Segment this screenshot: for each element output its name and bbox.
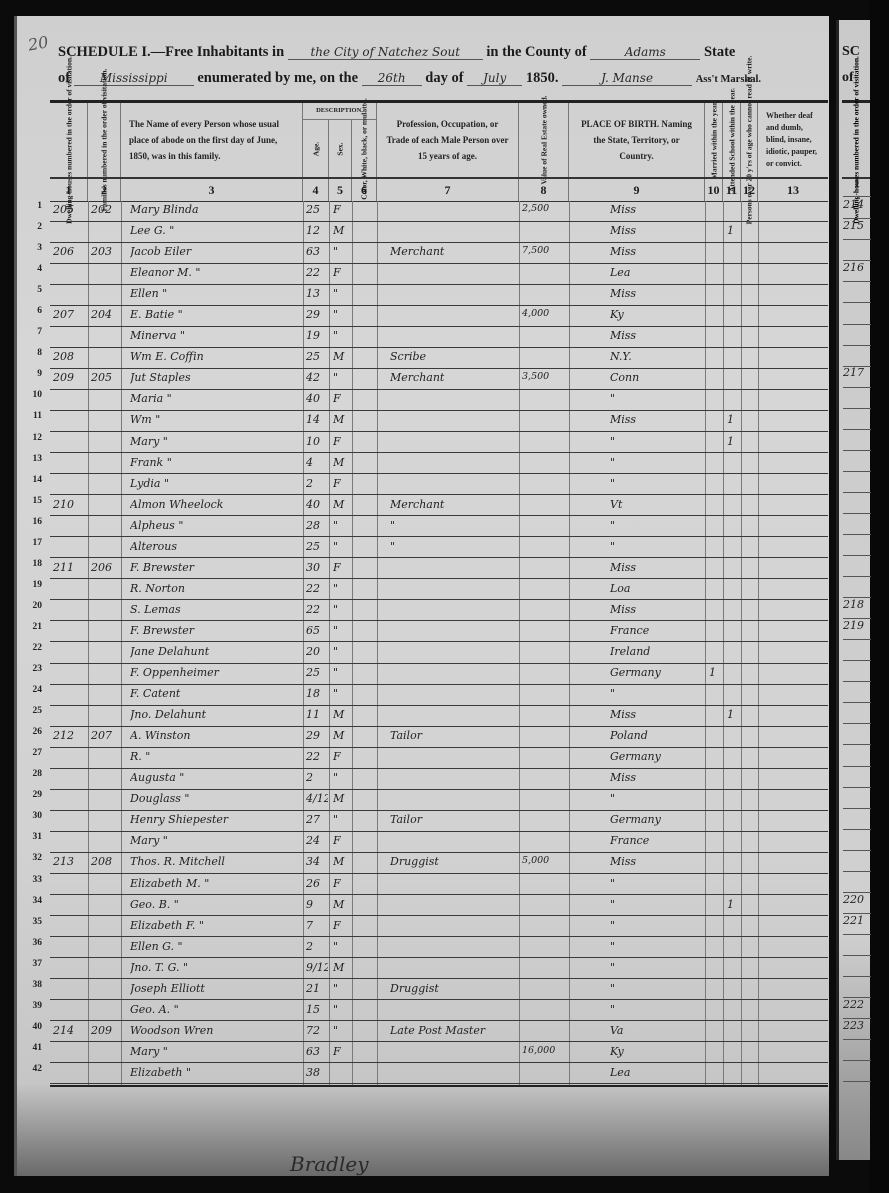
condition: [762, 898, 826, 916]
sex: ": [333, 519, 351, 537]
school-mark: [727, 582, 740, 600]
occupation: [390, 603, 518, 621]
real-estate-value: [522, 645, 568, 663]
family-number: [91, 1003, 120, 1021]
dwelling-number: [53, 413, 87, 431]
occupation: [390, 645, 518, 663]
color: [355, 203, 375, 221]
married-mark: [709, 898, 722, 916]
birthplace: Miss: [610, 329, 704, 347]
col-header-sex: Sex.: [329, 120, 352, 177]
color: [355, 877, 375, 895]
sex: ": [333, 540, 351, 558]
color: [355, 540, 375, 558]
adjacent-dwelling-number: [843, 640, 871, 661]
school-mark: [727, 392, 740, 410]
sex: M: [333, 855, 351, 873]
condition: [762, 519, 826, 537]
school-mark: [727, 603, 740, 621]
sex: M: [333, 224, 351, 242]
school-mark: [727, 855, 740, 873]
line-number: 2: [16, 222, 42, 232]
illiterate-mark: [744, 687, 757, 705]
family-number: 204: [91, 308, 120, 326]
occupation: [390, 477, 518, 495]
dwelling-number: 212: [53, 729, 87, 747]
person-name: Woodson Wren: [130, 1024, 300, 1042]
condition: [762, 603, 826, 621]
married-mark: [709, 940, 722, 958]
dwelling-number: [53, 540, 87, 558]
col-num-10: 10: [705, 179, 723, 201]
family-number: [91, 456, 120, 474]
occupation: ": [390, 519, 518, 537]
person-name: Lydia ": [130, 477, 300, 495]
person-name: Elizabeth ": [130, 1066, 300, 1084]
condition: [762, 771, 826, 789]
age: 12: [306, 224, 328, 242]
birthplace: ": [610, 519, 704, 537]
real-estate-value: [522, 498, 568, 516]
table-row: 24 F. Catent 18 " ": [50, 685, 828, 706]
real-estate-value: 2,500: [522, 203, 568, 221]
color: [355, 1066, 375, 1084]
school-mark: [727, 1003, 740, 1021]
family-number: [91, 877, 120, 895]
adjacent-dwelling-number: [843, 535, 871, 556]
col-header-birthplace: PLACE OF BIRTH. Naming the State, Territ…: [569, 103, 705, 177]
enumerated-label: enumerated by me, on the: [197, 70, 358, 86]
married-mark: [709, 519, 722, 537]
col-num-6: 6: [352, 179, 377, 201]
illiterate-mark: [744, 519, 757, 537]
school-mark: [727, 329, 740, 347]
school-mark: [727, 287, 740, 305]
condition: [762, 666, 826, 684]
illiterate-mark: [744, 540, 757, 558]
color: [355, 561, 375, 579]
age: 22: [306, 582, 328, 600]
person-name: Douglass ": [130, 792, 300, 810]
married-mark: [709, 245, 722, 263]
line-number: 35: [16, 917, 42, 927]
illiterate-mark: [744, 961, 757, 979]
condition: [762, 413, 826, 431]
table-row: 25 Jno. Delahunt 11 M Miss 1: [50, 706, 828, 727]
color: [355, 645, 375, 663]
color: [355, 435, 375, 453]
condition: [762, 308, 826, 326]
married-mark: [709, 792, 722, 810]
table-row: 39 Geo. A. " 15 " ": [50, 1001, 828, 1022]
adjacent-dwelling-number: [843, 766, 871, 787]
family-number: [91, 687, 120, 705]
illiterate-mark: [744, 498, 757, 516]
birthplace: ": [610, 540, 704, 558]
birthplace: ": [610, 877, 704, 895]
age: 22: [306, 603, 328, 621]
line-number: 5: [16, 285, 42, 295]
col-num-3: 3: [121, 179, 303, 201]
adjacent-dwelling-number: 223: [843, 1019, 871, 1040]
table-body: 1 205 202 Mary Blinda 25 F 2,500 Miss 2 …: [50, 201, 828, 1085]
married-mark: [709, 624, 722, 642]
line-number: 4: [16, 264, 42, 274]
dwelling-number: [53, 477, 87, 495]
family-number: [91, 519, 120, 537]
sex: M: [333, 413, 351, 431]
school-mark: [727, 771, 740, 789]
sex: M: [333, 456, 351, 474]
married-mark: 1: [709, 666, 722, 684]
illiterate-mark: [744, 603, 757, 621]
birthplace: Germany: [610, 813, 704, 831]
condition: [762, 982, 826, 1000]
person-name: Ellen G. ": [130, 940, 300, 958]
birthplace: ": [610, 792, 704, 810]
dwelling-number: [53, 687, 87, 705]
sex: F: [333, 834, 351, 852]
dwelling-number: [53, 919, 87, 937]
table-row: 35 Elizabeth F. " 7 F ": [50, 917, 828, 938]
condition: [762, 287, 826, 305]
real-estate-value: [522, 877, 568, 895]
table-row: 32 213 208 Thos. R. Mitchell 34 M Druggi…: [50, 853, 828, 874]
family-number: [91, 329, 120, 347]
family-number: [91, 435, 120, 453]
person-name: Elizabeth M. ": [130, 877, 300, 895]
color: [355, 750, 375, 768]
occupation: [390, 1066, 518, 1084]
person-name: F. Oppenheimer: [130, 666, 300, 684]
sex: F: [333, 750, 351, 768]
illiterate-mark: [744, 1045, 757, 1063]
school-mark: 1: [727, 435, 740, 453]
person-name: Frank ": [130, 456, 300, 474]
color: [355, 729, 375, 747]
occupation: Tailor: [390, 813, 518, 831]
person-name: A. Winston: [130, 729, 300, 747]
age: 22: [306, 750, 328, 768]
dwelling-number: 208: [53, 350, 87, 368]
married-mark: [709, 392, 722, 410]
illiterate-mark: [744, 877, 757, 895]
family-number: [91, 750, 120, 768]
illiterate-mark: [744, 750, 757, 768]
family-number: [91, 582, 120, 600]
age: 29: [306, 729, 328, 747]
line-number: 10: [16, 390, 42, 400]
line-number: 31: [16, 832, 42, 842]
age: 25: [306, 540, 328, 558]
color: [355, 329, 375, 347]
condition: [762, 203, 826, 221]
dwelling-number: [53, 708, 87, 726]
table-row: 21 F. Brewster 65 " France: [50, 622, 828, 643]
school-mark: 1: [727, 413, 740, 431]
occupation: [390, 1045, 518, 1063]
married-mark: [709, 435, 722, 453]
birthplace: Germany: [610, 666, 704, 684]
school-mark: [727, 877, 740, 895]
table-row: 20 S. Lemas 22 " Miss: [50, 601, 828, 622]
married-mark: [709, 498, 722, 516]
dwelling-number: 206: [53, 245, 87, 263]
condition: [762, 350, 826, 368]
adjacent-dwelling-number: 216: [843, 261, 871, 282]
illiterate-mark: [744, 1003, 757, 1021]
real-estate-value: [522, 834, 568, 852]
occupation: [390, 708, 518, 726]
age: 11: [306, 708, 328, 726]
married-mark: [709, 1024, 722, 1042]
real-estate-value: 3,500: [522, 371, 568, 389]
adjacent-dwelling-number: [843, 682, 871, 703]
dwelling-number: [53, 877, 87, 895]
age: 28: [306, 519, 328, 537]
person-name: Almon Wheelock: [130, 498, 300, 516]
occupation: [390, 392, 518, 410]
married-mark: [709, 603, 722, 621]
occupation: Scribe: [390, 350, 518, 368]
color: [355, 1003, 375, 1021]
illiterate-mark: [744, 792, 757, 810]
condition: [762, 708, 826, 726]
birthplace: Loa: [610, 582, 704, 600]
person-name: E. Batie ": [130, 308, 300, 326]
condition: [762, 729, 826, 747]
person-name: R. ": [130, 750, 300, 768]
occupation: Merchant: [390, 371, 518, 389]
illiterate-mark: [744, 729, 757, 747]
family-number: [91, 540, 120, 558]
married-mark: [709, 813, 722, 831]
col-num-9: 9: [569, 179, 705, 201]
condition: [762, 792, 826, 810]
age: 25: [306, 350, 328, 368]
school-mark: [727, 540, 740, 558]
color: [355, 245, 375, 263]
school-mark: [727, 350, 740, 368]
person-name: Jut Staples: [130, 371, 300, 389]
table-row: 40 214 209 Woodson Wren 72 " Late Post M…: [50, 1022, 828, 1043]
person-name: Mary ": [130, 435, 300, 453]
condition: [762, 477, 826, 495]
school-mark: [727, 561, 740, 579]
person-name: F. Catent: [130, 687, 300, 705]
sex: ": [333, 287, 351, 305]
person-name: Wm ": [130, 413, 300, 431]
married-mark: [709, 961, 722, 979]
family-number: [91, 1045, 120, 1063]
table-row: 31 Mary " 24 F France: [50, 832, 828, 853]
table-row: 26 212 207 A. Winston 29 M Tailor Poland: [50, 727, 828, 748]
family-number: [91, 498, 120, 516]
married-mark: [709, 413, 722, 431]
adjacent-dwelling-number: [843, 872, 871, 893]
family-number: [91, 413, 120, 431]
real-estate-value: [522, 392, 568, 410]
color: [355, 413, 375, 431]
occupation: ": [390, 540, 518, 558]
illiterate-mark: [744, 582, 757, 600]
age: 38: [306, 1066, 328, 1084]
sex: ": [333, 582, 351, 600]
sex: F: [333, 266, 351, 284]
birthplace: N.Y.: [610, 350, 704, 368]
adjacent-column-number: 1: [843, 176, 871, 197]
real-estate-value: [522, 624, 568, 642]
school-mark: [727, 792, 740, 810]
family-number: 203: [91, 245, 120, 263]
real-estate-value: [522, 561, 568, 579]
sex: ": [333, 371, 351, 389]
occupation: Merchant: [390, 498, 518, 516]
real-estate-value: [522, 919, 568, 937]
occupation: [390, 582, 518, 600]
color: [355, 687, 375, 705]
person-name: Alterous: [130, 540, 300, 558]
dwelling-number: [53, 624, 87, 642]
line-number: 39: [16, 1001, 42, 1011]
adjacent-dwelling-number: [843, 661, 871, 682]
col-header-married: Married within the year.: [705, 103, 723, 177]
occupation: [390, 961, 518, 979]
line-number: 36: [16, 938, 42, 948]
illiterate-mark: [744, 456, 757, 474]
family-number: [91, 287, 120, 305]
school-mark: [727, 308, 740, 326]
col-num-8: 8: [519, 179, 569, 201]
real-estate-value: [522, 519, 568, 537]
table-row: 6 207 204 E. Batie " 29 " 4,000 Ky: [50, 306, 828, 327]
occupation: [390, 792, 518, 810]
family-number: [91, 645, 120, 663]
occupation: [390, 329, 518, 347]
dwelling-number: 213: [53, 855, 87, 873]
dwelling-number: [53, 435, 87, 453]
condition: [762, 392, 826, 410]
birthplace: ": [610, 392, 704, 410]
person-name: Jane Delahunt: [130, 645, 300, 663]
married-mark: [709, 708, 722, 726]
dwelling-number: [53, 771, 87, 789]
adjacent-dwelling-number: 218: [843, 598, 871, 619]
age: 14: [306, 413, 328, 431]
occupation: [390, 413, 518, 431]
person-name: Geo. B. ": [130, 898, 300, 916]
occupation: [390, 940, 518, 958]
adjacent-dwelling-number: 220: [843, 893, 871, 914]
sex: M: [333, 729, 351, 747]
occupation: [390, 687, 518, 705]
illiterate-mark: [744, 708, 757, 726]
table-row: 33 Elizabeth M. " 26 F ": [50, 875, 828, 896]
age: 9/12: [306, 961, 328, 979]
color: [355, 519, 375, 537]
person-name: Mary ": [130, 834, 300, 852]
adjacent-dwelling-number: [843, 451, 871, 472]
adjacent-dwelling-number: [843, 703, 871, 724]
sex: ": [333, 603, 351, 621]
age: 34: [306, 855, 328, 873]
dwelling-number: [53, 813, 87, 831]
family-number: [91, 266, 120, 284]
school-mark: [727, 919, 740, 937]
table-row: 10 Maria " 40 F ": [50, 390, 828, 411]
occupation: Merchant: [390, 245, 518, 263]
line-number: 33: [16, 875, 42, 885]
person-name: Geo. A. ": [130, 1003, 300, 1021]
line-number: 34: [16, 896, 42, 906]
person-name: Eleanor M. ": [130, 266, 300, 284]
illiterate-mark: [744, 1024, 757, 1042]
family-number: [91, 919, 120, 937]
line-number: 15: [16, 496, 42, 506]
age: 9: [306, 898, 328, 916]
condition: [762, 750, 826, 768]
real-estate-value: [522, 435, 568, 453]
col-num-2: 2: [88, 179, 121, 201]
col-num-4: 4: [303, 179, 329, 201]
family-number: [91, 708, 120, 726]
married-mark: [709, 1045, 722, 1063]
dwelling-number: [53, 392, 87, 410]
table-row: 9 209 205 Jut Staples 42 " Merchant 3,50…: [50, 369, 828, 390]
line-number: 38: [16, 980, 42, 990]
birthplace: Miss: [610, 708, 704, 726]
dwelling-number: [53, 456, 87, 474]
sex: M: [333, 350, 351, 368]
person-name: Jno. T. G. ": [130, 961, 300, 979]
birthplace: France: [610, 834, 704, 852]
adjacent-dwelling-number: 217: [843, 366, 871, 387]
real-estate-value: [522, 413, 568, 431]
school-mark: [727, 1045, 740, 1063]
table-row: 18 211 206 F. Brewster 30 F Miss: [50, 559, 828, 580]
year-label: 1850.: [526, 70, 559, 86]
sex: F: [333, 877, 351, 895]
line-number: 20: [16, 601, 42, 611]
condition: [762, 940, 826, 958]
col-header-illiterate: Persons over 20 y'rs of age who cannot r…: [741, 103, 758, 177]
col-header-age: Age.: [303, 120, 329, 177]
table-row: 15 210 Almon Wheelock 40 M Merchant Vt: [50, 496, 828, 517]
birthplace: ": [610, 456, 704, 474]
family-number: [91, 940, 120, 958]
adjacent-dwelling-number: [843, 1040, 871, 1061]
age: 4: [306, 456, 328, 474]
sex: ": [333, 1024, 351, 1042]
school-mark: [727, 750, 740, 768]
dwelling-number: [53, 982, 87, 1000]
dwelling-number: [53, 792, 87, 810]
married-mark: [709, 371, 722, 389]
color: [355, 919, 375, 937]
condition: [762, 687, 826, 705]
illiterate-mark: [744, 561, 757, 579]
real-estate-value: [522, 813, 568, 831]
sex: M: [333, 792, 351, 810]
color: [355, 982, 375, 1000]
family-number: [91, 813, 120, 831]
occupation: [390, 308, 518, 326]
age: 20: [306, 645, 328, 663]
table-row: 38 Joseph Elliott 21 " Druggist ": [50, 980, 828, 1001]
birthplace: Miss: [610, 413, 704, 431]
condition: [762, 371, 826, 389]
dwelling-number: [53, 666, 87, 684]
